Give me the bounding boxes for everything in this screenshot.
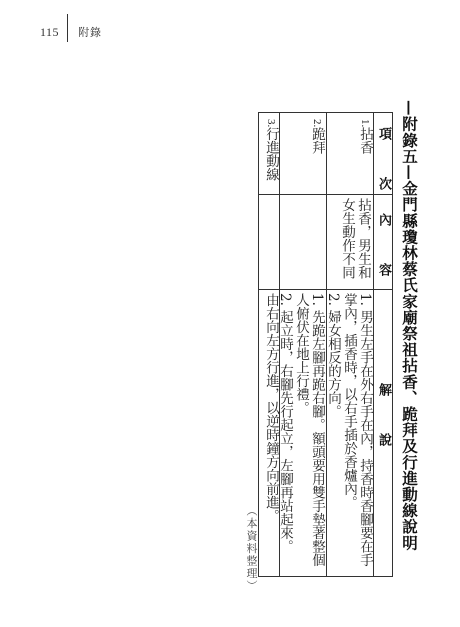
row-2-item: 2.跪拜 xyxy=(307,119,325,154)
row-3-item: 3.行進動線 xyxy=(261,119,279,181)
row-1-content: 拈香，男生和女生動作不同 xyxy=(329,198,371,288)
row-2-explanation-line-2: 2. 起立時，右腳先行起立，左腳再站起來。 xyxy=(277,293,293,577)
ritual-table: 項 次 內 容 解 說 1.拈香 拈香，男生和女生動作不同 1. 男生左手在外右… xyxy=(258,112,393,577)
row-1-explanation: 1. 男生左手在外右手在內，持香時香腳要在手掌內，插香時，以右手插於香爐內。 2… xyxy=(329,293,373,577)
table-divider xyxy=(259,289,392,290)
row-1-number: 1. xyxy=(359,119,371,127)
column-header-content: 內 容 xyxy=(375,213,393,288)
page-number: 115 xyxy=(40,25,59,40)
row-1-explanation-line-1: 1. 男生左手在外右手在內，持香時香腳要在手掌內，插香時，以右手插於香爐內。 xyxy=(341,293,373,577)
row-2-explanation: 1. 先跪左腳再跪右腳。額頭要用雙手墊著整個人俯伏在地上行禮。 2. 起立時，右… xyxy=(281,293,325,577)
column-header-explanation: 解 說 xyxy=(375,383,393,458)
table-divider xyxy=(259,194,392,195)
row-3-explanation: 由右向左方行進，以逆時鐘方向前進。 xyxy=(261,293,279,577)
row-2-item-label: 跪拜 xyxy=(309,127,325,154)
row-3-number: 3. xyxy=(265,119,277,127)
column-header-item: 項 次 xyxy=(375,127,393,202)
row-2-explanation-line-1: 1. 先跪左腳再跪右腳。額頭要用雙手墊著整個人俯伏在地上行禮。 xyxy=(293,293,325,577)
page-header: 115 附錄 xyxy=(40,22,102,42)
header-divider xyxy=(67,14,68,42)
row-2-number: 2. xyxy=(311,119,323,127)
source-note: （本資料整理） xyxy=(243,505,259,593)
row-1-explanation-line-2: 2. 婦女相反的方向。 xyxy=(325,293,341,577)
section-label: 附錄 xyxy=(78,24,102,40)
row-1-item: 1.拈香 xyxy=(355,119,373,154)
appendix-title: —附錄五—金門縣瓊林蔡氏家廟祭祖拈香、跪拜及行進動線說明 xyxy=(399,100,419,551)
row-1-item-label: 拈香 xyxy=(357,127,373,154)
row-3-item-label: 行進動線 xyxy=(263,127,279,181)
